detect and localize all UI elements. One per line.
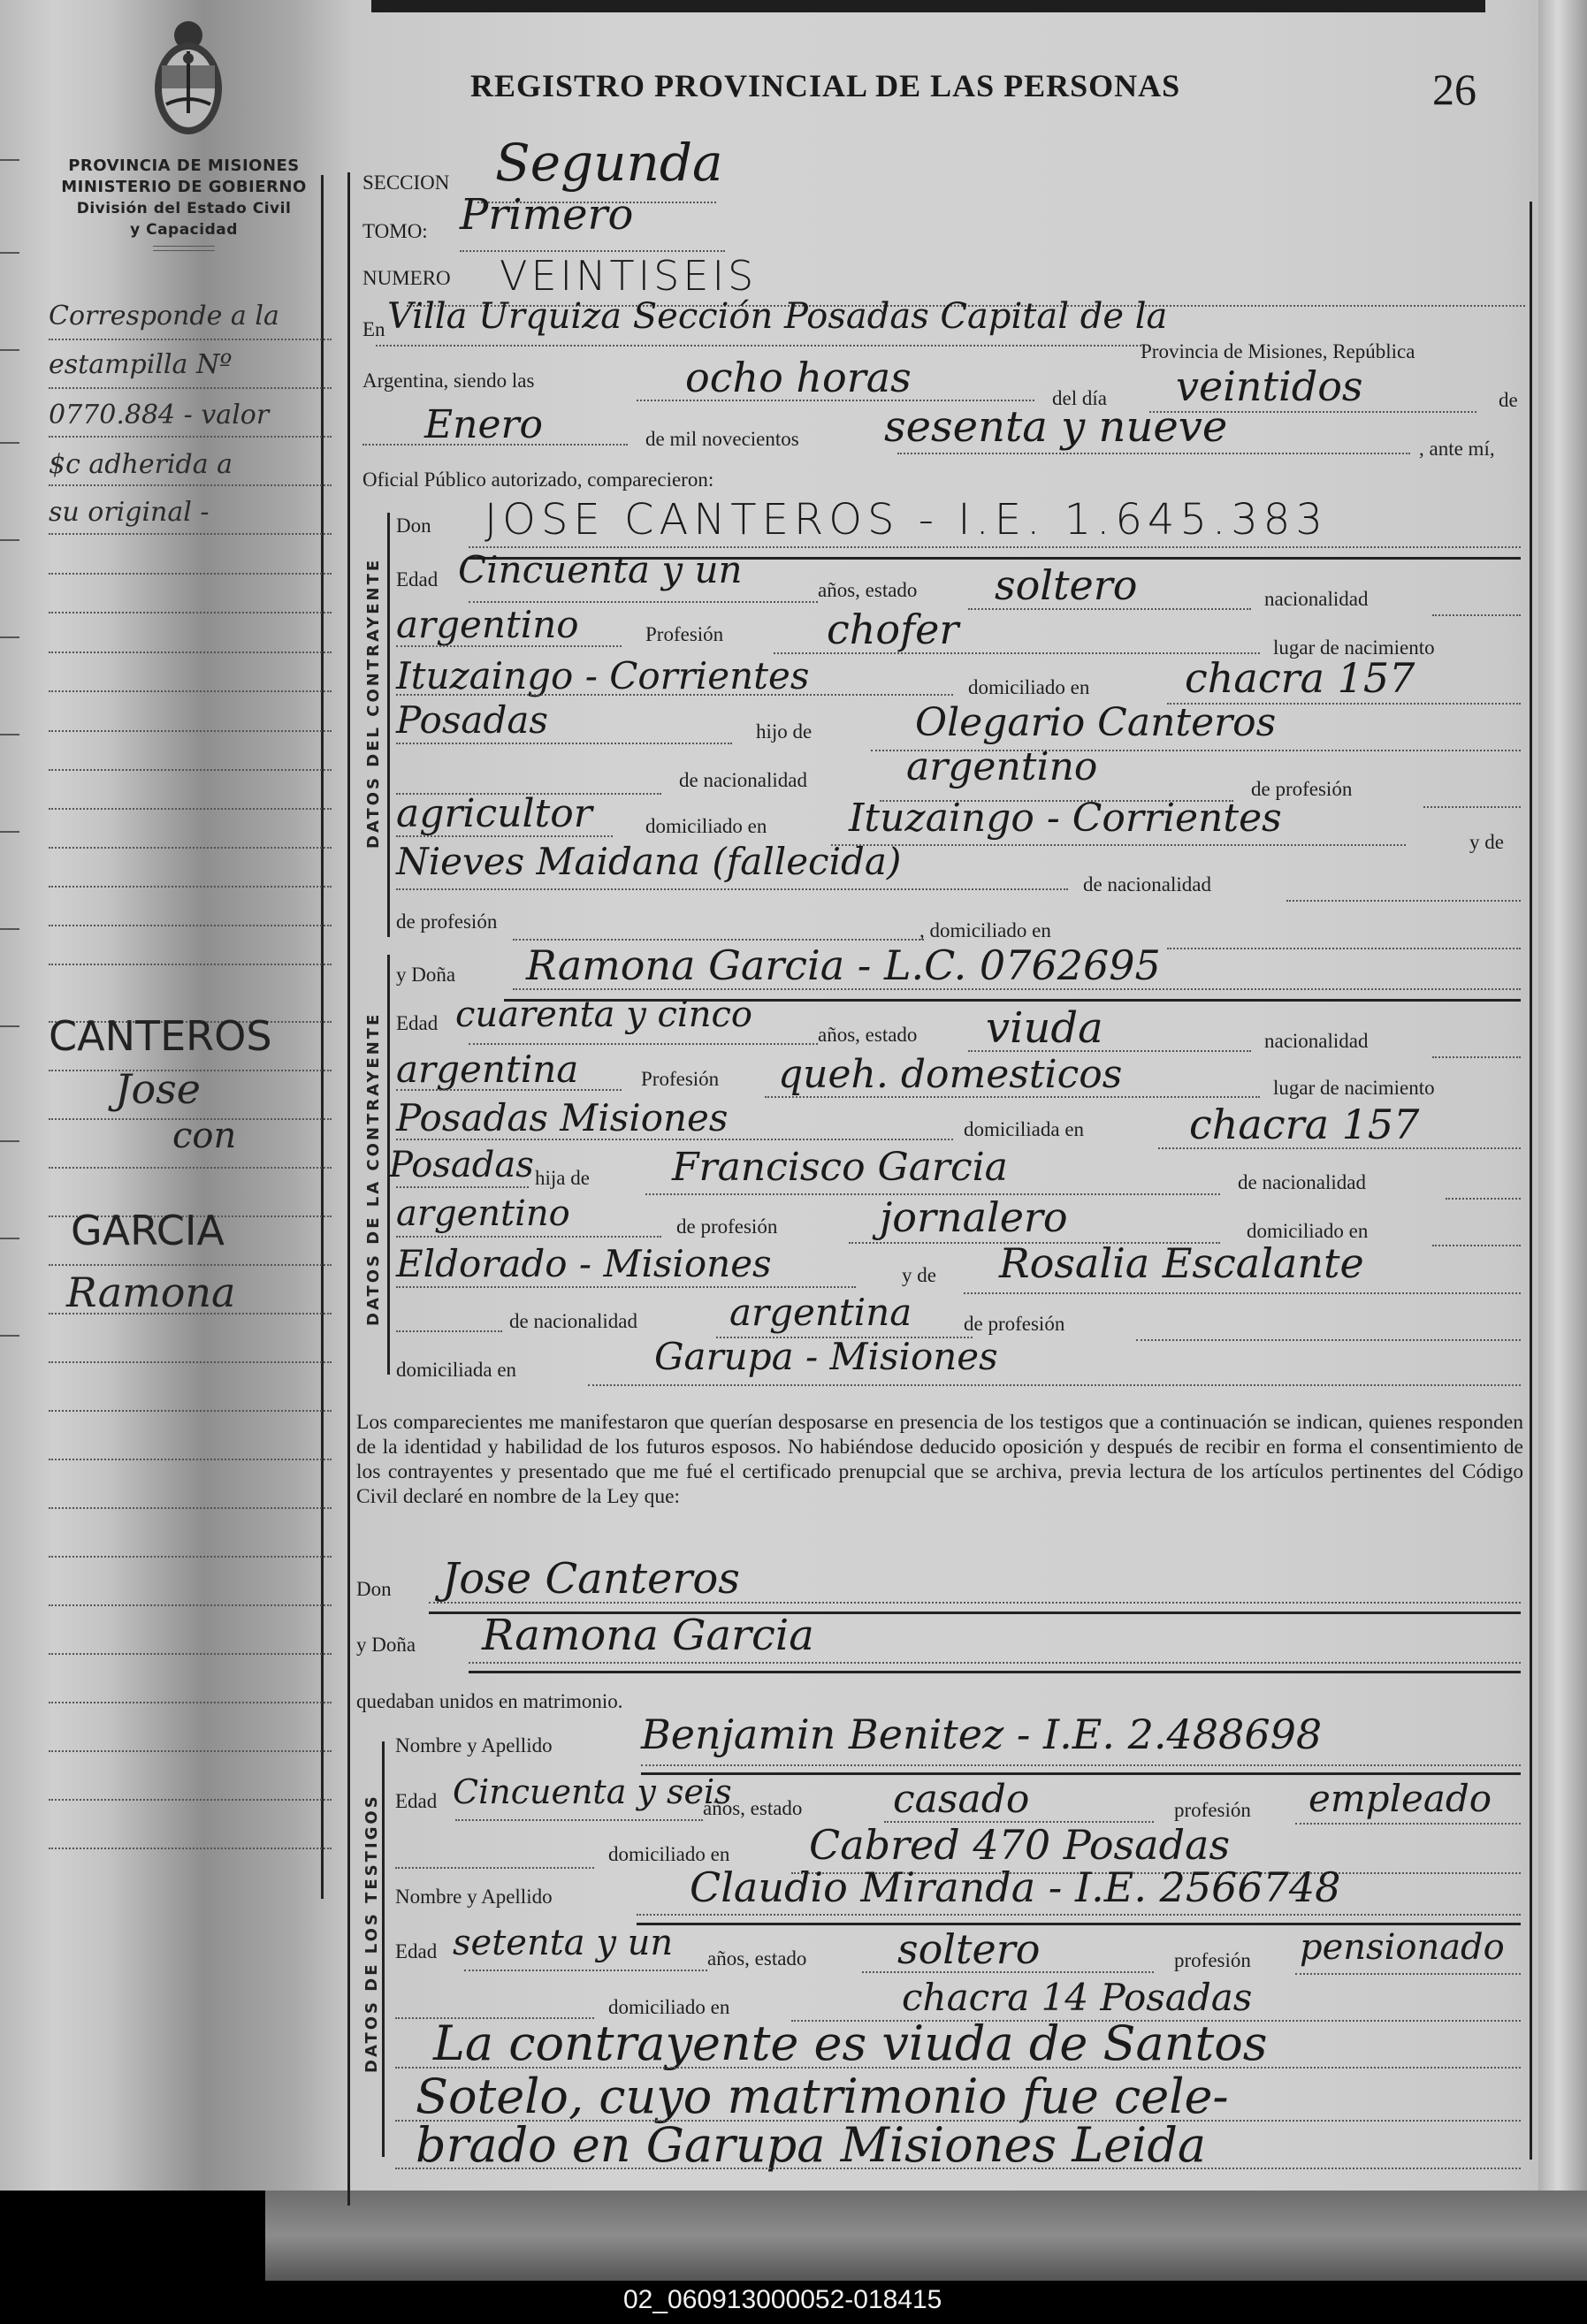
- groom-mother-prof-label: de profesión: [396, 911, 497, 933]
- margin-tick: [0, 734, 19, 735]
- margin-tick: [0, 1335, 19, 1337]
- margin-note-line: su original -: [49, 497, 210, 528]
- dotted-line: [362, 444, 628, 446]
- dotted-line: [765, 1096, 1260, 1098]
- groom-nacionalidad-label: nacionalidad: [1264, 588, 1369, 611]
- groom-profesion-label: Profesión: [645, 623, 723, 646]
- name-underline: [641, 1772, 1521, 1775]
- name-underline: [469, 1671, 1521, 1673]
- groom-domiciliado-label: domiciliado en: [968, 676, 1089, 699]
- witness-section-label: DATOS DE LOS TESTIGOS: [362, 1794, 381, 2073]
- groom-mother-value: Nieves Maidana (fallecida): [396, 840, 901, 883]
- index-surname-bride: GARCIA: [71, 1207, 225, 1254]
- decl-dona-value: Ramona Garcia: [482, 1611, 814, 1660]
- w1-nombre-label: Nombre y Apellido: [395, 1734, 553, 1757]
- dotted-line: [49, 886, 332, 888]
- bride-domicile-value: chacra 157: [1189, 1101, 1419, 1148]
- bride-edad-label: Edad: [396, 1012, 438, 1035]
- dotted-line: [637, 400, 1034, 401]
- margin-note-line: 0770.884 - valor: [49, 400, 269, 431]
- dotted-line: [396, 1236, 661, 1238]
- dotted-line: [49, 1507, 332, 1509]
- dotted-line: [49, 808, 332, 810]
- index-name-bride: Ramona: [66, 1269, 235, 1316]
- bride-mother-nat-label: de nacionalidad: [509, 1310, 637, 1333]
- dotted-line: [513, 988, 1521, 990]
- margin-note-line: estampilla Nº: [49, 349, 232, 380]
- dotted-line: [49, 1410, 332, 1412]
- groom-don-label: Don: [396, 514, 431, 537]
- groom-father-dom-value: Ituzaingo - Corrientes: [849, 796, 1282, 841]
- division-label: División del Estado Civil: [51, 198, 317, 219]
- groom-mother-nat-label: de nacionalidad: [1083, 873, 1211, 896]
- dotted-line: [968, 608, 1251, 610]
- form-left-border: [347, 172, 350, 2206]
- dotted-line: [49, 925, 332, 926]
- groom-edad-label: Edad: [396, 568, 438, 591]
- dotted-line: [49, 1361, 332, 1363]
- dotted-line: [395, 1867, 594, 1869]
- groom-section-label: DATOS DEL CONTRAYENTE: [364, 558, 383, 849]
- dotted-line: [469, 1662, 1521, 1664]
- dotted-line: [469, 1043, 818, 1045]
- bride-father-nat-value: argentino: [396, 1193, 570, 1234]
- dotted-line: [1432, 614, 1521, 616]
- witness-block-rule: [382, 1741, 385, 2157]
- dotted-line: [49, 612, 332, 613]
- margin-tick: [0, 928, 19, 930]
- dotted-line: [49, 847, 332, 849]
- bride-section-label: DATOS DE LA CONTRAYENTE: [364, 1012, 383, 1326]
- w2-name-value: Claudio Miranda - I.E. 2566748: [690, 1863, 1340, 1911]
- dotted-line: [396, 1330, 502, 1332]
- dotted-line: [49, 573, 332, 575]
- year-value: sesenta y nueve: [884, 402, 1227, 452]
- groom-anos-label: años, estado: [818, 579, 917, 602]
- groom-estado-value: soltero: [995, 561, 1137, 609]
- place-value: Villa Urquiza Sección Posadas Capital de…: [387, 296, 1167, 337]
- bride-nationality-value: argentina: [396, 1048, 578, 1091]
- margin-tick: [0, 1238, 19, 1239]
- scan-top-shadow: [371, 0, 1485, 12]
- folio-number: 26: [1432, 64, 1476, 115]
- margin-border: [321, 175, 324, 1899]
- margin-tick: [0, 252, 19, 254]
- margin-tick: [0, 442, 19, 444]
- dotted-line: [1167, 948, 1521, 949]
- dotted-line: [49, 1604, 332, 1606]
- w2-domicile-value: chacra 14 Posadas: [902, 1976, 1252, 2019]
- groom-father-prof-value: agricultor: [396, 791, 592, 836]
- groom-nationality-value: argentino: [396, 603, 579, 646]
- decl-dona-label: y Doña: [356, 1634, 416, 1657]
- dotted-line: [49, 533, 332, 535]
- margin-note-line: $c adherida a: [49, 449, 233, 480]
- groom-mother-dom-label: , domiciliado en: [919, 919, 1051, 942]
- bride-age-value: cuarenta y cinco: [455, 994, 752, 1035]
- dotted-line: [49, 1459, 332, 1460]
- bride-lugar-label: lugar de nacimiento: [1273, 1077, 1435, 1100]
- dotted-line: [49, 1702, 332, 1703]
- w1-profesion-label: profesión: [1174, 1799, 1251, 1822]
- dotted-line: [49, 387, 332, 389]
- groom-age-value: Cincuenta y un: [458, 548, 743, 591]
- dotted-line: [49, 730, 332, 732]
- dotted-line: [49, 1799, 332, 1801]
- bride-domicile2-value: Posadas: [389, 1145, 534, 1185]
- bride-mother-dom-label: domiciliada en: [396, 1359, 516, 1382]
- dotted-line: [396, 743, 732, 744]
- bride-anos-label: años, estado: [818, 1024, 917, 1047]
- name-underline: [637, 1923, 1521, 1925]
- dotted-line: [49, 1556, 332, 1558]
- dotted-line: [831, 844, 1406, 846]
- groom-father-nat-label: de nacionalidad: [679, 769, 807, 792]
- dotted-line: [1423, 806, 1521, 808]
- hour-value: ocho horas: [685, 354, 912, 401]
- dotted-line: [376, 345, 1145, 347]
- bride-profesion-label: Profesión: [641, 1068, 719, 1091]
- groom-father-nat-value: argentino: [906, 744, 1097, 789]
- decl-closing: quedaban unidos en matrimonio.: [356, 1690, 623, 1713]
- bride-mother-value: Rosalia Escalante: [999, 1239, 1364, 1287]
- w1-profession-value: empleado: [1309, 1777, 1492, 1820]
- dotted-line: [49, 964, 332, 965]
- w2-estado-value: soltero: [897, 1925, 1040, 1973]
- dotted-line: [396, 645, 622, 647]
- w2-profession-value: pensionado: [1300, 1927, 1505, 1968]
- dotted-line: [396, 1139, 953, 1140]
- index-name-groom: Jose: [115, 1065, 201, 1113]
- w1-anos-label: años, estado: [703, 1797, 802, 1820]
- groom-block-rule: [387, 513, 390, 937]
- dotted-line: [588, 1384, 1521, 1386]
- dotted-line: [49, 1750, 332, 1752]
- margin-tick: [0, 159, 19, 161]
- divider: [153, 246, 215, 251]
- annotation-line-1: La contrayente es viuda de Santos: [433, 2015, 1267, 2071]
- dotted-line: [964, 1292, 1521, 1294]
- province-label: PROVINCIA DE MISIONES: [51, 156, 317, 177]
- margin-tick: [0, 1140, 19, 1142]
- division-label-2: y Capacidad: [51, 219, 317, 240]
- w1-name-value: Benjamin Benitez - I.E. 2.488698: [641, 1711, 1322, 1758]
- bride-mother-prof-label: de profesión: [964, 1313, 1064, 1336]
- book-spine-edge: [1538, 0, 1587, 2276]
- bride-domiciliada-label: domiciliada en: [964, 1118, 1084, 1141]
- tomo-value: Primero: [460, 190, 633, 240]
- dotted-line: [1295, 1973, 1521, 1975]
- margin-tick: [0, 831, 19, 833]
- page-title: REGISTRO PROVINCIAL DE LAS PERSONAS: [470, 67, 1180, 104]
- bride-name-value: Ramona Garcia - L.C. 0762695: [526, 941, 1161, 989]
- groom-domicile2-value: Posadas: [396, 698, 548, 742]
- groom-domicile-value: chacra 157: [1185, 654, 1415, 702]
- w1-estado-value: casado: [893, 1777, 1029, 1822]
- argentina-text: Argentina, siendo las: [362, 370, 534, 392]
- de-label: de: [1499, 389, 1518, 412]
- dotted-line: [637, 1914, 1521, 1916]
- bride-mother-nat-value: argentina: [729, 1291, 912, 1334]
- dotted-line: [49, 1653, 332, 1655]
- bride-hija-label: hija de: [535, 1167, 590, 1190]
- bride-father-value: Francisco Garcia: [672, 1145, 1008, 1190]
- dotted-line: [429, 1602, 1521, 1604]
- dotted-line: [49, 436, 332, 438]
- numero-label: NUMERO: [362, 267, 451, 290]
- bride-father-prof-label: de profesión: [676, 1215, 777, 1238]
- dotted-line: [464, 1970, 707, 1971]
- dotted-line: [49, 339, 332, 340]
- margin-tick: [0, 539, 19, 541]
- dotted-line: [49, 651, 332, 653]
- dotted-line: [396, 1186, 529, 1188]
- margin-tick: [0, 349, 19, 351]
- w2-edad-label: Edad: [395, 1940, 437, 1963]
- groom-y-de-label: y de: [1469, 831, 1504, 854]
- tomo-label: TOMO:: [362, 220, 428, 243]
- mil-label: de mil novecientos: [645, 428, 799, 451]
- scan-bottom-black: [0, 2191, 265, 2281]
- margin-tick: [0, 1025, 19, 1027]
- dotted-line: [513, 939, 924, 941]
- dotted-line: [1432, 1245, 1521, 1246]
- dotted-line: [1432, 1056, 1521, 1058]
- dotted-line: [1136, 1339, 1521, 1341]
- dotted-line: [49, 690, 332, 692]
- dotted-line: [862, 1971, 1154, 1973]
- w1-age-value: Cincuenta y seis: [453, 1772, 732, 1811]
- dotted-line: [396, 888, 1068, 890]
- w1-edad-label: Edad: [395, 1790, 437, 1813]
- bride-birthplace-value: Posadas Misiones: [396, 1096, 728, 1139]
- w2-age-value: setenta y un: [453, 1923, 673, 1963]
- ministry-label: MINISTERIO DE GOBIERNO: [51, 177, 317, 198]
- dotted-line: [49, 1264, 332, 1266]
- ante-mi-label: , ante mí,: [1419, 438, 1495, 461]
- dotted-line: [396, 694, 953, 696]
- dotted-line: [1295, 1823, 1521, 1825]
- bride-dona-label: y Doña: [396, 964, 455, 987]
- dotted-line: [396, 835, 613, 837]
- bride-father-nat-label: de nacionalidad: [1238, 1171, 1366, 1194]
- bride-nacionalidad-label: nacionalidad: [1264, 1030, 1369, 1053]
- w2-nombre-label: Nombre y Apellido: [395, 1886, 553, 1909]
- dotted-line: [396, 1286, 856, 1288]
- margin-note-line: Corresponde a la: [49, 301, 279, 331]
- w1-domicile-value: Cabred 470 Posadas: [809, 1821, 1230, 1869]
- scan-bottom-shadow: [265, 2191, 1587, 2281]
- dotted-line: [1286, 900, 1521, 902]
- numero-value: VEINTISEIS: [500, 252, 757, 300]
- w2-profesion-label: profesión: [1174, 1949, 1251, 1972]
- bride-estado-value: viuda: [986, 1003, 1103, 1053]
- oficial-text: Oficial Público autorizado, compareciero…: [362, 469, 713, 491]
- argentine-coat-of-arms-icon: [149, 16, 228, 140]
- dotted-line: [49, 769, 332, 771]
- dotted-line: [49, 1848, 332, 1849]
- image-id: 02_060913000052-018415: [623, 2285, 942, 2315]
- bride-father-prof-value: jornalero: [880, 1193, 1068, 1241]
- dotted-line: [1158, 1147, 1521, 1149]
- groom-birthplace-value: Ituzaingo - Corrientes: [396, 654, 809, 697]
- seccion-value: Segunda: [495, 133, 723, 193]
- groom-name-value: JOSE CANTEROS - I.E. 1.645.383: [484, 495, 1328, 545]
- bride-profession-value: queh. domesticos: [778, 1052, 1122, 1097]
- w2-anos-label: años, estado: [707, 1947, 806, 1970]
- dotted-line: [1446, 1198, 1521, 1200]
- annotation-line-2: Sotelo, cuyo matrimonio fue cele-: [416, 2069, 1229, 2124]
- dotted-line: [455, 1819, 703, 1821]
- dotted-line: [897, 453, 1410, 454]
- bride-father-dom-value: Eldorado - Misiones: [396, 1242, 772, 1285]
- declaration-text: Los comparecientes me manifestaron que q…: [356, 1410, 1523, 1509]
- dotted-line: [641, 1764, 1521, 1766]
- groom-profession-value: chofer: [827, 606, 958, 653]
- index-connector: con: [172, 1116, 236, 1156]
- bride-y-de-label: y de: [902, 1264, 936, 1287]
- seccion-label: SECCION: [362, 171, 449, 194]
- en-label: En: [362, 318, 385, 341]
- bride-mother-dom-value: Garupa - Misiones: [654, 1335, 998, 1378]
- dotted-line: [49, 484, 332, 486]
- decl-don-value: Jose Canteros: [442, 1554, 740, 1604]
- dotted-line: [49, 1167, 332, 1169]
- provincia-text: Provincia de Misiones, República: [1141, 340, 1415, 363]
- month-value: Enero: [424, 402, 543, 447]
- groom-father-value: Olegario Canteros: [915, 700, 1276, 745]
- decl-don-label: Don: [356, 1578, 392, 1601]
- groom-hijo-label: hijo de: [756, 720, 812, 743]
- form-right-border: [1530, 202, 1532, 2160]
- issuing-authority: PROVINCIA DE MISIONES MINISTERIO DE GOBI…: [51, 156, 317, 251]
- dotted-line: [396, 1089, 622, 1091]
- index-surname-groom: CANTEROS: [49, 1012, 272, 1060]
- groom-father-dom-label: domiciliado en: [645, 815, 767, 838]
- annotation-line-3: brado en Garupa Misiones Leida: [416, 2117, 1206, 2173]
- margin-tick: [0, 636, 19, 638]
- dotted-line: [395, 2168, 1521, 2169]
